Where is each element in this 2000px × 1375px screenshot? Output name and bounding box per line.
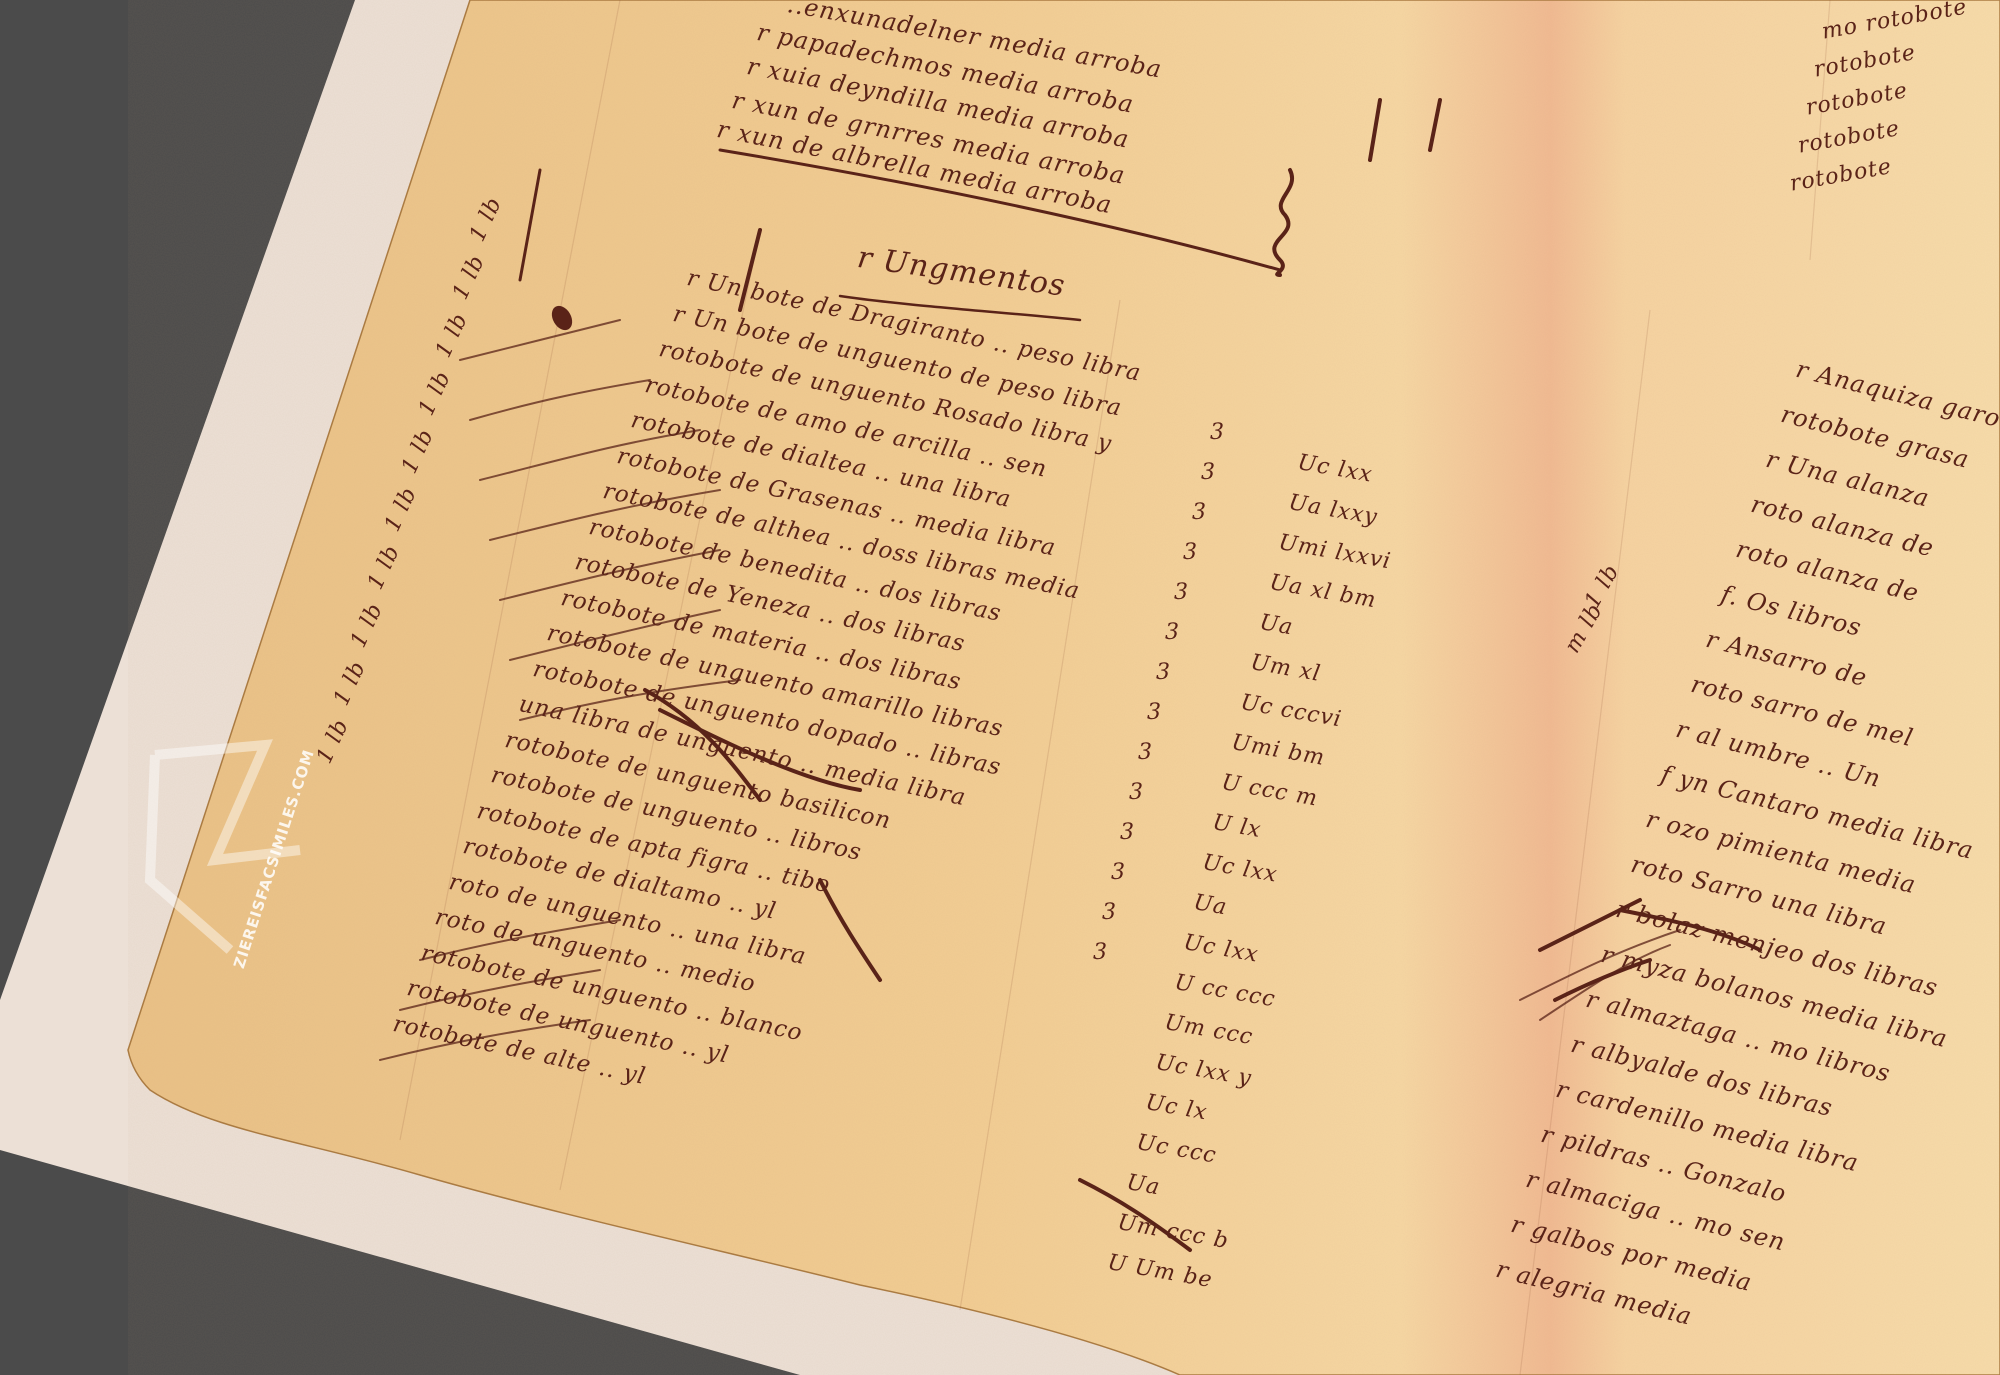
tally-mark: 3	[1102, 900, 1117, 925]
tally-mark: 3	[1111, 860, 1126, 885]
tally-mark: 3	[1147, 700, 1162, 725]
tally-mark: 3	[1165, 620, 1180, 645]
tally-mark: 3	[1120, 820, 1135, 845]
tally-mark: 3	[1129, 780, 1144, 805]
tally-mark: 3	[1210, 420, 1225, 445]
tally-mark: 3	[1138, 740, 1153, 765]
manuscript-photo: ZIEREISFACSIMILES.COM ..enxunadelner med…	[0, 0, 2000, 1375]
tally-mark: 3	[1201, 460, 1216, 485]
tally-mark: 3	[1183, 540, 1198, 565]
tally-mark: 3	[1093, 940, 1108, 965]
tally-mark: 3	[1156, 660, 1171, 685]
tally-mark: 3	[1174, 580, 1189, 605]
tally-mark: 3	[1192, 500, 1207, 525]
